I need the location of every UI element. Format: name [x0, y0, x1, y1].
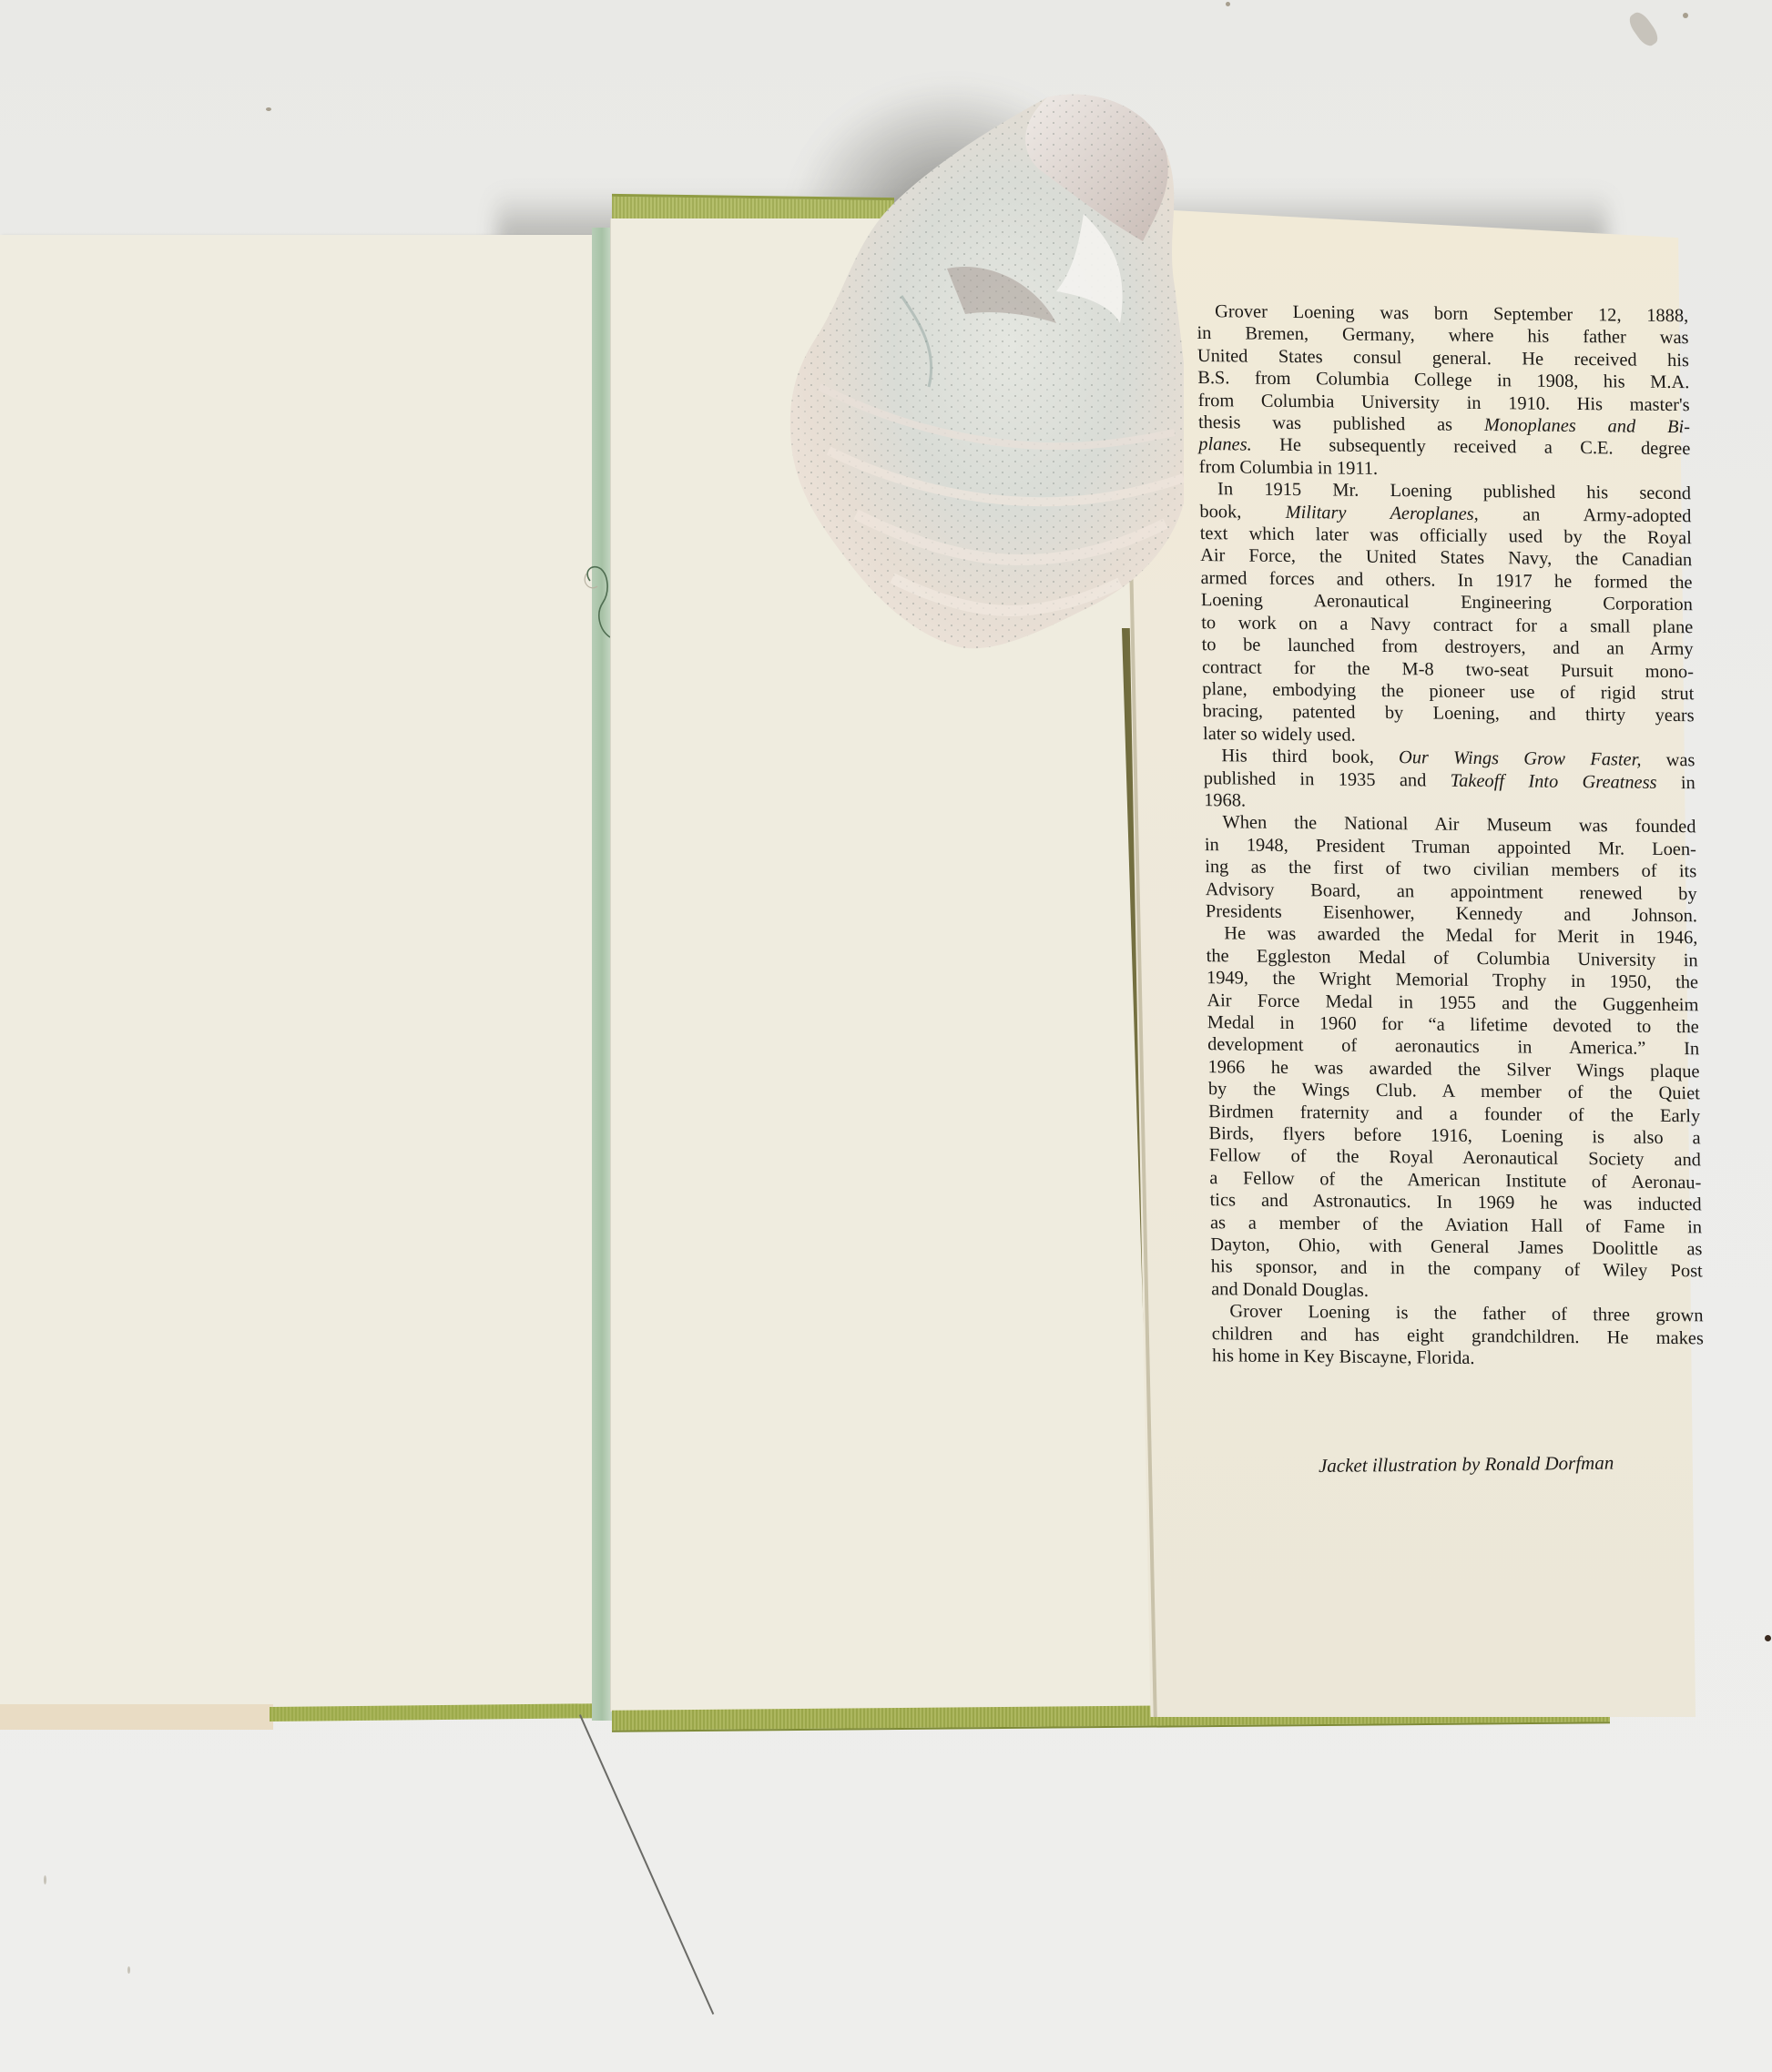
jacket-illustration-credit: Jacket illustration by Ronald Dorfman — [1319, 1451, 1665, 1478]
cloth-binding-left — [270, 1703, 616, 1722]
edge-dot — [1765, 1635, 1771, 1641]
author-biography: Grover Loening was born September 12, 18… — [1197, 300, 1704, 1372]
bio-paragraph-2: In 1915 Mr. Loening published his second… — [1199, 478, 1695, 749]
bio-line: published in 1935 and Takeoff Into Great… — [1204, 767, 1696, 795]
surface-speck — [266, 107, 271, 111]
pencil-line — [579, 1714, 714, 2015]
surface-speck — [1226, 2, 1230, 6]
bio-paragraph-5: He was awarded the Medal for Merit in 19… — [1206, 923, 1703, 1305]
endpaper-bottom-edge — [0, 1704, 273, 1730]
surface-speck — [1683, 13, 1688, 18]
left-endpaper — [0, 235, 594, 1711]
bio-paragraph-3: His third book, Our Wings Grow Faster, w… — [1203, 745, 1696, 816]
oyster-shell-icon — [783, 86, 1184, 660]
surface-speck — [127, 1966, 130, 1974]
bio-paragraph-1: Grover Loening was born September 12, 18… — [1197, 300, 1691, 482]
book-gutter — [592, 228, 612, 1721]
bio-line: his home in Key Biscayne, Florida. — [1212, 1345, 1704, 1372]
bio-paragraph-4: When the National Air Museum was founded… — [1204, 811, 1697, 927]
surface-speck — [1625, 9, 1661, 49]
bio-paragraph-6: Grover Loening is the father of three gr… — [1211, 1300, 1704, 1371]
surface-speck — [44, 1875, 46, 1884]
